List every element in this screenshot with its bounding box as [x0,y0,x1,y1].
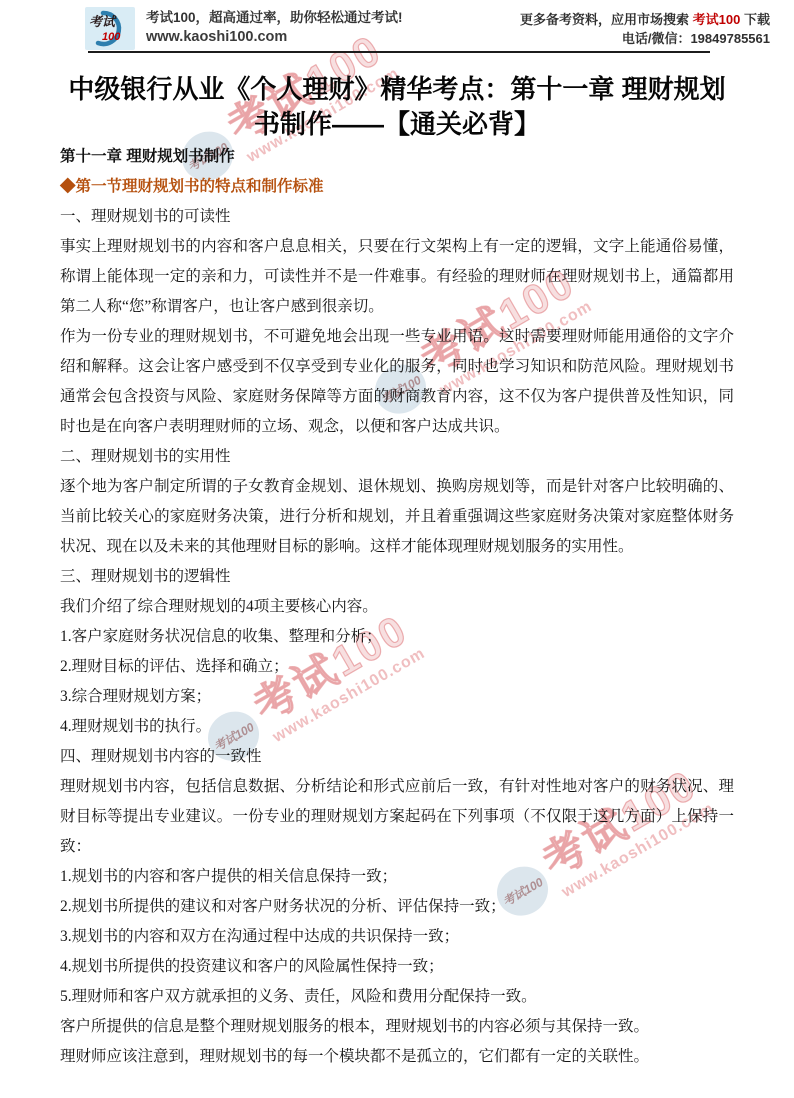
paragraph: 作为一份专业的理财规划书，不可避免地会出现一些专业用语。这时需要理财师能用通俗的… [60,322,734,442]
paragraph: 逐个地为客户制定所谓的子女教育金规划、退休规划、换购房规划等，而是针对客户比较明… [60,472,734,562]
subsection-heading: 二、理财规划书的实用性 [60,442,734,472]
brand-name: 考试100 [693,12,741,27]
subsection-heading: 三、理财规划书的逻辑性 [60,562,734,592]
list-item: 4.理财规划书的执行。 [60,712,734,742]
promo-suffix: 下载 [740,12,770,27]
subsection-heading: 一、理财规划书的可读性 [60,202,734,232]
header-divider [88,51,710,53]
list-item: 3.规划书的内容和双方在沟通过程中达成的共识保持一致； [60,922,734,952]
svg-text:100: 100 [102,31,121,43]
website-url: www.kaoshi100.com [146,27,403,47]
svg-text:考试: 考试 [89,14,118,29]
document-page: 考试100 考试100 www.kaoshi100.com 考试100 考试10… [0,0,794,1098]
chapter-heading: 第十一章 理财规划书制作 [60,142,734,172]
kaoshi100-logo: 考试 100 [85,7,135,50]
paragraph: 事实上理财规划书的内容和客户息息相关，只要在行文架构上有一定的逻辑，文字上能通俗… [60,232,734,322]
list-item: 3.综合理财规划方案； [60,682,734,712]
subsection-heading: 四、理财规划书内容的一致性 [60,742,734,772]
header: 考试 100 考试100，超高通过率，助你轻松通过考试! www.kaoshi1… [0,0,794,50]
list-item: 1.客户家庭财务状况信息的收集、整理和分析； [60,622,734,652]
list-item: 5.理财师和客户双方就承担的义务、责任，风险和费用分配保持一致。 [60,982,734,1012]
logo-swoosh-icon: 考试 100 [85,7,135,50]
list-item: 2.理财目标的评估、选择和确立； [60,652,734,682]
brand-slogan: 考试100，超高通过率，助你轻松通过考试! [146,8,403,27]
contact-phone: 电话/微信：19849785561 [520,29,770,48]
list-item: 4.规划书所提供的投资建议和客户的风险属性保持一致； [60,952,734,982]
list-item: 1.规划书的内容和客户提供的相关信息保持一致； [60,862,734,892]
paragraph: 理财师应该注意到，理财规划书的每一个模块都不是孤立的，它们都有一定的关联性。 [60,1042,734,1072]
paragraph: 客户所提供的信息是整个理财规划服务的根本，理财规划书的内容必须与其保持一致。 [60,1012,734,1042]
paragraph: 理财规划书内容，包括信息数据、分析结论和形式应前后一致，有针对性地对客户的财务状… [60,772,734,862]
list-item: 2.规划书所提供的建议和对客户财务状况的分析、评估保持一致； [60,892,734,922]
section-heading: ◆第一节理财规划书的特点和制作标准 [60,172,734,202]
promo-text: 更多备考资料，应用市场搜索 考试100 下载 [520,10,770,29]
paragraph: 我们介绍了综合理财规划的4项主要核心内容。 [60,592,734,622]
document-body: 第十一章 理财规划书制作 ◆第一节理财规划书的特点和制作标准 一、理财规划书的可… [60,142,734,1072]
page-title: 中级银行从业《个人理财》精华考点：第十一章 理财规划书制作——【通关必背】 [56,72,738,142]
promo-prefix: 更多备考资料，应用市场搜索 [520,12,693,27]
